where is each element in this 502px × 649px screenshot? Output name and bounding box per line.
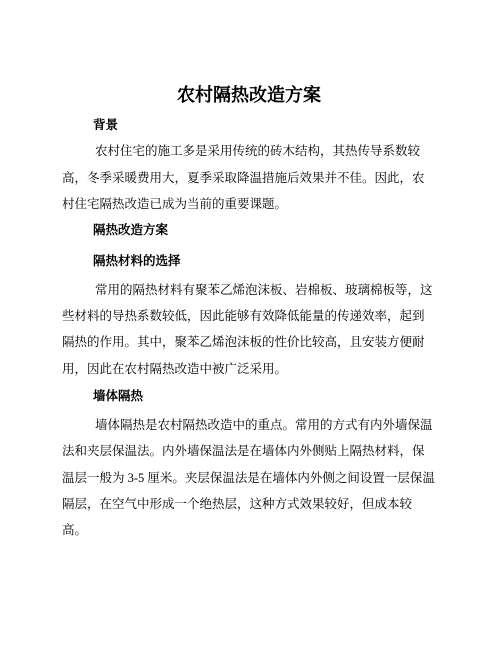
document-title: 农村隔热改造方案 — [62, 83, 436, 107]
section-heading-background: 背景 — [62, 112, 436, 138]
paragraph-material-selection: 常用的隔热材料有聚苯乙烯泡沫板、岩棉板、玻璃棉板等，这些材料的导热系数较低，因此… — [62, 277, 436, 382]
document-page: 农村隔热改造方案 背景 农村住宅的施工多是采用传统的砖木结构，其热传导系数较高，… — [0, 0, 502, 649]
document-content: 农村隔热改造方案 背景 农村住宅的施工多是采用传统的砖木结构，其热传导系数较高，… — [62, 83, 436, 544]
section-heading-renovation-plan: 隔热改造方案 — [62, 217, 436, 243]
section-heading-material-selection: 隔热材料的选择 — [62, 248, 436, 274]
paragraph-background: 农村住宅的施工多是采用传统的砖木结构，其热传导系数较高，冬季采暖费用大，夏季采取… — [62, 138, 436, 217]
paragraph-wall-insulation: 墙体隔热是农村隔热改造中的重点。常用的方式有内外墙保温法和夹层保温法。内外墙保温… — [62, 412, 436, 543]
section-heading-wall-insulation: 墙体隔热 — [62, 383, 436, 409]
